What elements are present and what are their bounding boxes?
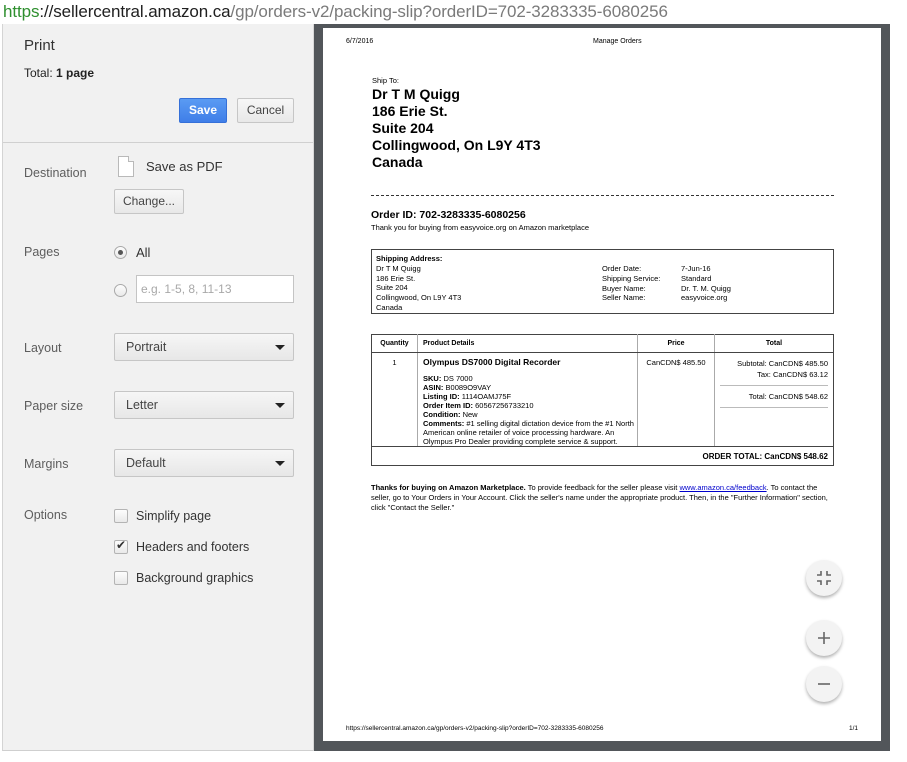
margins-value: Default	[126, 456, 166, 470]
layout-label: Layout	[24, 341, 62, 355]
change-destination-button[interactable]: Change...	[114, 189, 184, 214]
zoom-out-icon	[816, 676, 832, 692]
chevron-down-icon	[275, 461, 285, 466]
destination-value: Save as PDF	[146, 159, 223, 174]
feedback-link[interactable]: www.amazon.ca/feedback	[679, 483, 766, 492]
checkmark-icon: ✔	[116, 538, 126, 552]
zoom-in-button[interactable]	[806, 620, 842, 656]
dashed-divider	[371, 195, 834, 196]
order-info-value: easyvoice.org	[681, 293, 727, 303]
save-button[interactable]: Save	[179, 98, 227, 123]
order-info-row: Seller Name:easyvoice.org	[602, 293, 731, 303]
divider	[720, 407, 828, 408]
page-header-title: Manage Orders	[593, 38, 642, 45]
items-table: Quantity Product Details Price Total 1 O…	[371, 334, 834, 466]
total-pages: Total: 1 page	[24, 66, 94, 80]
ship-to-line: Canada	[372, 154, 541, 171]
ship-to-label: Ship To:	[372, 76, 399, 85]
order-info-row: Order Date:7-Jun-16	[602, 264, 731, 274]
page-footer-number: 1/1	[849, 725, 858, 732]
shipping-address: Shipping Address: Dr T M Quigg 186 Erie …	[376, 254, 461, 313]
ship-to-line: Dr T M Quigg	[372, 86, 541, 103]
feedback-note: Thanks for buying on Amazon Marketplace.…	[371, 483, 836, 513]
layout-select[interactable]: Portrait	[114, 333, 294, 361]
order-info-key: Order Date:	[602, 264, 681, 274]
column-header: Price	[638, 335, 715, 353]
cancel-button[interactable]: Cancel	[237, 98, 294, 123]
address-bar[interactable]: https://sellercentral.amazon.ca/gp/order…	[0, 0, 907, 24]
order-info: Order Date:7-Jun-16 Shipping Service:Sta…	[602, 264, 731, 303]
divider	[720, 385, 828, 386]
ship-to-line: Collingwood, On L9Y 4T3	[372, 137, 541, 154]
fit-to-page-button[interactable]	[806, 560, 842, 596]
ship-to-line: Suite 204	[372, 120, 541, 137]
tax: Tax: CanCDN$ 63.12	[720, 369, 828, 380]
chevron-down-icon	[275, 403, 285, 408]
feedback-note-text: To provide feedback for the seller pleas…	[526, 483, 680, 492]
order-info-value: Dr. T. M. Quigg	[681, 284, 731, 294]
paper-size-select[interactable]: Letter	[114, 391, 294, 419]
shipping-address-label: Shipping Address:	[376, 254, 461, 264]
url-sep: ://	[39, 2, 53, 21]
order-info-row: Shipping Service:Standard	[602, 274, 731, 284]
order-info-key: Buyer Name:	[602, 284, 681, 294]
print-title: Print	[24, 37, 55, 54]
headers-footers-label: Headers and footers	[136, 540, 249, 554]
column-header: Product Details	[418, 335, 638, 353]
item-price: CanCDN$ 485.50	[638, 353, 715, 447]
ship-to-line: 186 Erie St.	[372, 103, 541, 120]
url-scheme: https	[3, 2, 39, 21]
order-info-key: Seller Name:	[602, 293, 681, 303]
item-totals: Subtotal: CanCDN$ 485.50 Tax: CanCDN$ 63…	[715, 353, 834, 447]
order-info-value: 7-Jun-16	[681, 264, 711, 274]
simplify-page-checkbox[interactable]	[114, 509, 128, 523]
address-line: 186 Erie St.	[376, 274, 461, 284]
total-value: 1 page	[56, 66, 94, 80]
zoom-in-icon	[816, 630, 832, 646]
item-quantity: 1	[372, 353, 418, 447]
item-detail-line: Comments: #1 selling digital dictation d…	[423, 419, 637, 446]
headers-footers-checkbox[interactable]: ✔	[114, 540, 128, 554]
order-info-key: Shipping Service:	[602, 274, 681, 284]
fit-to-page-icon	[816, 570, 832, 586]
address-line: Suite 204	[376, 283, 461, 293]
document-icon	[118, 156, 134, 177]
item-total: Total: CanCDN$ 548.62	[720, 391, 828, 402]
paper-size-label: Paper size	[24, 399, 83, 413]
margins-select[interactable]: Default	[114, 449, 294, 477]
pages-label: Pages	[24, 245, 59, 259]
column-header: Total	[715, 335, 834, 353]
shipping-info-box: Shipping Address: Dr T M Quigg 186 Erie …	[371, 249, 834, 314]
address-line: Collingwood, On L9Y 4T3	[376, 293, 461, 303]
item-detail-line: Listing ID: 1114OAMJ75F	[423, 392, 637, 401]
table-row: 1 Olympus DS7000 Digital Recorder SKU: D…	[372, 353, 834, 447]
print-settings-panel: Print Total: 1 page Save Cancel Destinat…	[2, 24, 314, 751]
item-detail-line: ASIN: B0089O9VAY	[423, 383, 637, 392]
preview-page: 6/7/2016 Manage Orders Ship To: Dr T M Q…	[323, 28, 881, 741]
order-id: Order ID: 702-3283335-6080256	[371, 209, 526, 221]
item-detail-line: SKU: DS 7000	[423, 374, 637, 383]
total-label: Total:	[24, 66, 53, 80]
url-host: sellercentral.amazon.ca	[53, 2, 230, 21]
background-graphics-label: Background graphics	[136, 571, 253, 585]
pages-custom-radio[interactable]	[114, 284, 127, 297]
paper-size-value: Letter	[126, 398, 158, 412]
ship-to-address: Dr T M Quigg 186 Erie St. Suite 204 Coll…	[372, 86, 541, 171]
item-details: Olympus DS7000 Digital Recorder SKU: DS …	[418, 353, 638, 447]
margins-label: Margins	[24, 457, 68, 471]
item-detail-line: Condition: New	[423, 410, 637, 419]
thanks-line: Thank you for buying from easyvoice.org …	[371, 223, 589, 232]
order-total-row: ORDER TOTAL: CanCDN$ 548.62	[372, 447, 834, 466]
print-header: Print Total: 1 page Save Cancel	[3, 24, 313, 143]
pages-all-label: All	[136, 245, 150, 260]
order-info-row: Buyer Name:Dr. T. M. Quigg	[602, 284, 731, 294]
feedback-note-bold: Thanks for buying on Amazon Marketplace.	[371, 483, 526, 492]
zoom-out-button[interactable]	[806, 666, 842, 702]
options-label: Options	[24, 508, 67, 522]
page-header-date: 6/7/2016	[346, 38, 373, 45]
url-path: /gp/orders-v2/packing-slip?orderID=702-3…	[230, 2, 667, 21]
order-total: ORDER TOTAL: CanCDN$ 548.62	[372, 447, 834, 466]
layout-value: Portrait	[126, 340, 166, 354]
chevron-down-icon	[275, 345, 285, 350]
subtotal: Subtotal: CanCDN$ 485.50	[720, 358, 828, 369]
pages-all-radio[interactable]	[114, 246, 127, 259]
pages-custom-input[interactable]: e.g. 1-5, 8, 11-13	[136, 275, 294, 303]
column-header: Quantity	[372, 335, 418, 353]
destination-label: Destination	[24, 166, 87, 180]
page-footer-url: https://sellercentral.amazon.ca/gp/order…	[346, 725, 603, 732]
address-line: Dr T M Quigg	[376, 264, 461, 274]
order-info-value: Standard	[681, 274, 711, 284]
simplify-page-label: Simplify page	[136, 509, 211, 523]
item-name: Olympus DS7000 Digital Recorder	[423, 358, 637, 367]
print-preview-area: 6/7/2016 Manage Orders Ship To: Dr T M Q…	[314, 24, 890, 751]
item-detail-line: Order Item ID: 60567256733210	[423, 401, 637, 410]
background-graphics-checkbox[interactable]	[114, 571, 128, 585]
table-header-row: Quantity Product Details Price Total	[372, 335, 834, 353]
address-line: Canada	[376, 303, 461, 313]
